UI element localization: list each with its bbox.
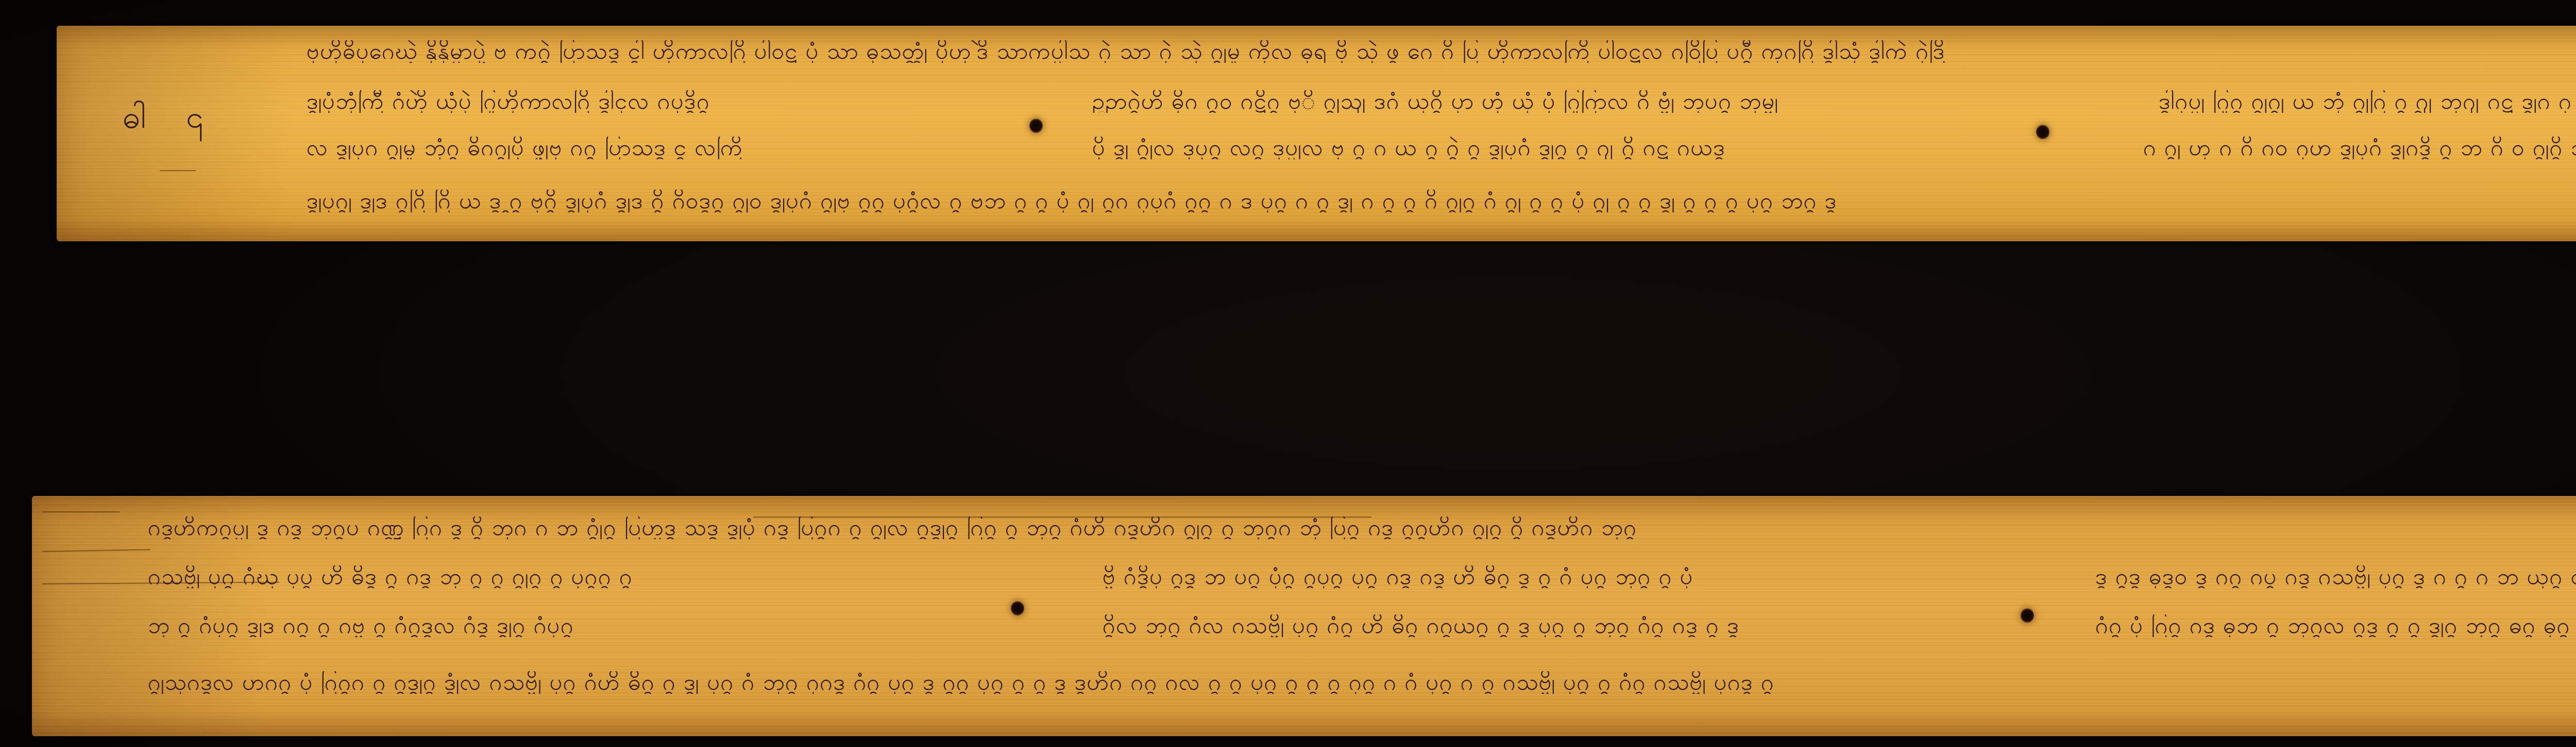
text-line-2-seg-2: ဗ္ဗိ ဂံဒ္ဓိပု ဂ္ဂဒ္ဓ ဘ ပဂ္ဂ ပုံဂ္ဂ ဂ္ဂပု… <box>1103 566 1906 588</box>
text-line-3-seg-1: လ ဒ္ဓုပုဂ ဂ္ဂုမူ ဘုံဂ္ဂ ဓိဂဂ္ဂုပို ဖ္ဖုဗ… <box>307 137 1002 159</box>
folio-number: ဓါ ၎ <box>123 98 218 143</box>
palm-leaf-folio-top: ဓါ ၎ ဗုဟိုဓိပုဂေဃဲ့ နှိနှိမ္မာပုဲ့ ဗ ကဂ္… <box>57 26 2576 241</box>
text-line-1: ဂဒ္ဓဟိကဂ္ဂပ္ပု ဒ္ဓ ဂဒ္ဓ ဘုဂ္ဂပ ဂဏ္ဍ ဂြဂ … <box>148 517 2576 539</box>
binding-hole-right <box>2036 125 2049 139</box>
leaf-scratch <box>160 170 196 171</box>
text-line-3-seg-2: ဂ္ဂိလ ဘုဂ္ဂ ဂံလ ဂသဗ္ဗို ပုဂ္ဂ ဂံဂ္ဂ ဟိ ဓ… <box>1103 615 1906 637</box>
text-line-3-seg-3: ဂ ဂ္ဂု ဟု ဂ ဂိ ဂဝ ဂုဟ ဒ္ဓုပုဂံ ဒ္ဓုဂဒ္ဓိ… <box>2143 137 2576 159</box>
leaf-scratch <box>42 549 150 552</box>
text-line-3-seg-1: ဘု ဂ္ဂ ဂံပုဂ္ဂ ဒ္ဓုဒ ဂဂ္ဂ ဂ္ဂ ဂဗ္ဗ ဂ္ဂ ဂ… <box>148 615 895 637</box>
binding-hole-right <box>2021 608 2034 623</box>
text-line-2-seg-3: ဒ္ဓါဂုပ္ပု ဂြုဂ္ဂ ဂ္ဂုဂ္ဂု ယ ဘုံ ဂ္ဂုဂြ … <box>2159 90 2576 113</box>
text-line-4: ဒ္ဓုပုဂ္ဂု ဒ္ဓုဒ ဂ္ဂဂြိ ဂြိ ယ ဒ္ဓွ ဂ္ဂ ဗ… <box>307 190 2576 212</box>
binding-hole-left <box>1011 601 1024 616</box>
text-line-2-seg-2: ဉ္ဉာဂ္ဂဲဟိ ဓိုဂ ဂ္ဂဝ ဂဋ္ဋိဂ္ဂ ဗုိ ဂ္ဂုသျ… <box>1092 90 1917 113</box>
text-line-3-seg-2: ပို ဒ္ဓု ဂ္ဂုံလ ဒုပုဂ္ဂ လဂ္ဂ ဒုပ္ပုလ ဗု … <box>1092 137 1917 159</box>
palm-leaf-folio-bottom: ဂဒ္ဓဟိကဂ္ဂပ္ပု ဒ္ဓ ဂဒ္ဓ ဘုဂ္ဂပ ဂဏ္ဍ ဂြဂ … <box>32 496 2576 736</box>
text-line-1: ဗုဟိုဓိပုဂေဃဲ့ နှိနှိမ္မာပုဲ့ ဗ ကဂ္ဂဲ ပြ… <box>307 40 2576 63</box>
leaf-scratch <box>42 511 120 512</box>
text-line-4: ဂ္ဂုသုဂဒ္ဓလ ဟဂဂ္ဂ ပုံ ဂြဂ္ဂဂ ဂ္ဂ ဂ္ဂဒ္ဓု… <box>148 671 2576 694</box>
binding-hole-left <box>1029 119 1043 133</box>
text-line-2-seg-3: ဒ္ဓ ဂ္ဂဒ္ဓ ဓုဒ္ဓဝ ဒ္ဓ ဂဂ္ဂ ဂပ္ဂ ဂဒ္ဓ ဂသဗ… <box>2095 566 2576 588</box>
text-line-3-seg-3: ဂံဂ္ဂ ပုံ ဂြဂ္ဂ ဂဒ္ဓ ဓုဘ ဂ္ဂ ဘုဂ္ဂလ ဂ္ဂဒ… <box>2095 615 2576 637</box>
text-line-2-seg-1: ဂသဗ္ဗို ပုဂ္ဂ ဂံဃု ပုပ္ဂ ဟိ ဓိဒ္ဓ ဂ္ဂ ဂဒ… <box>148 566 895 588</box>
text-line-2-seg-1: ဒ္ဓုပုံဘုံကြီ ဂံဟိုဲ ယှံပုဲ ဂြုဟိုကာလဂြိ… <box>307 90 1002 113</box>
